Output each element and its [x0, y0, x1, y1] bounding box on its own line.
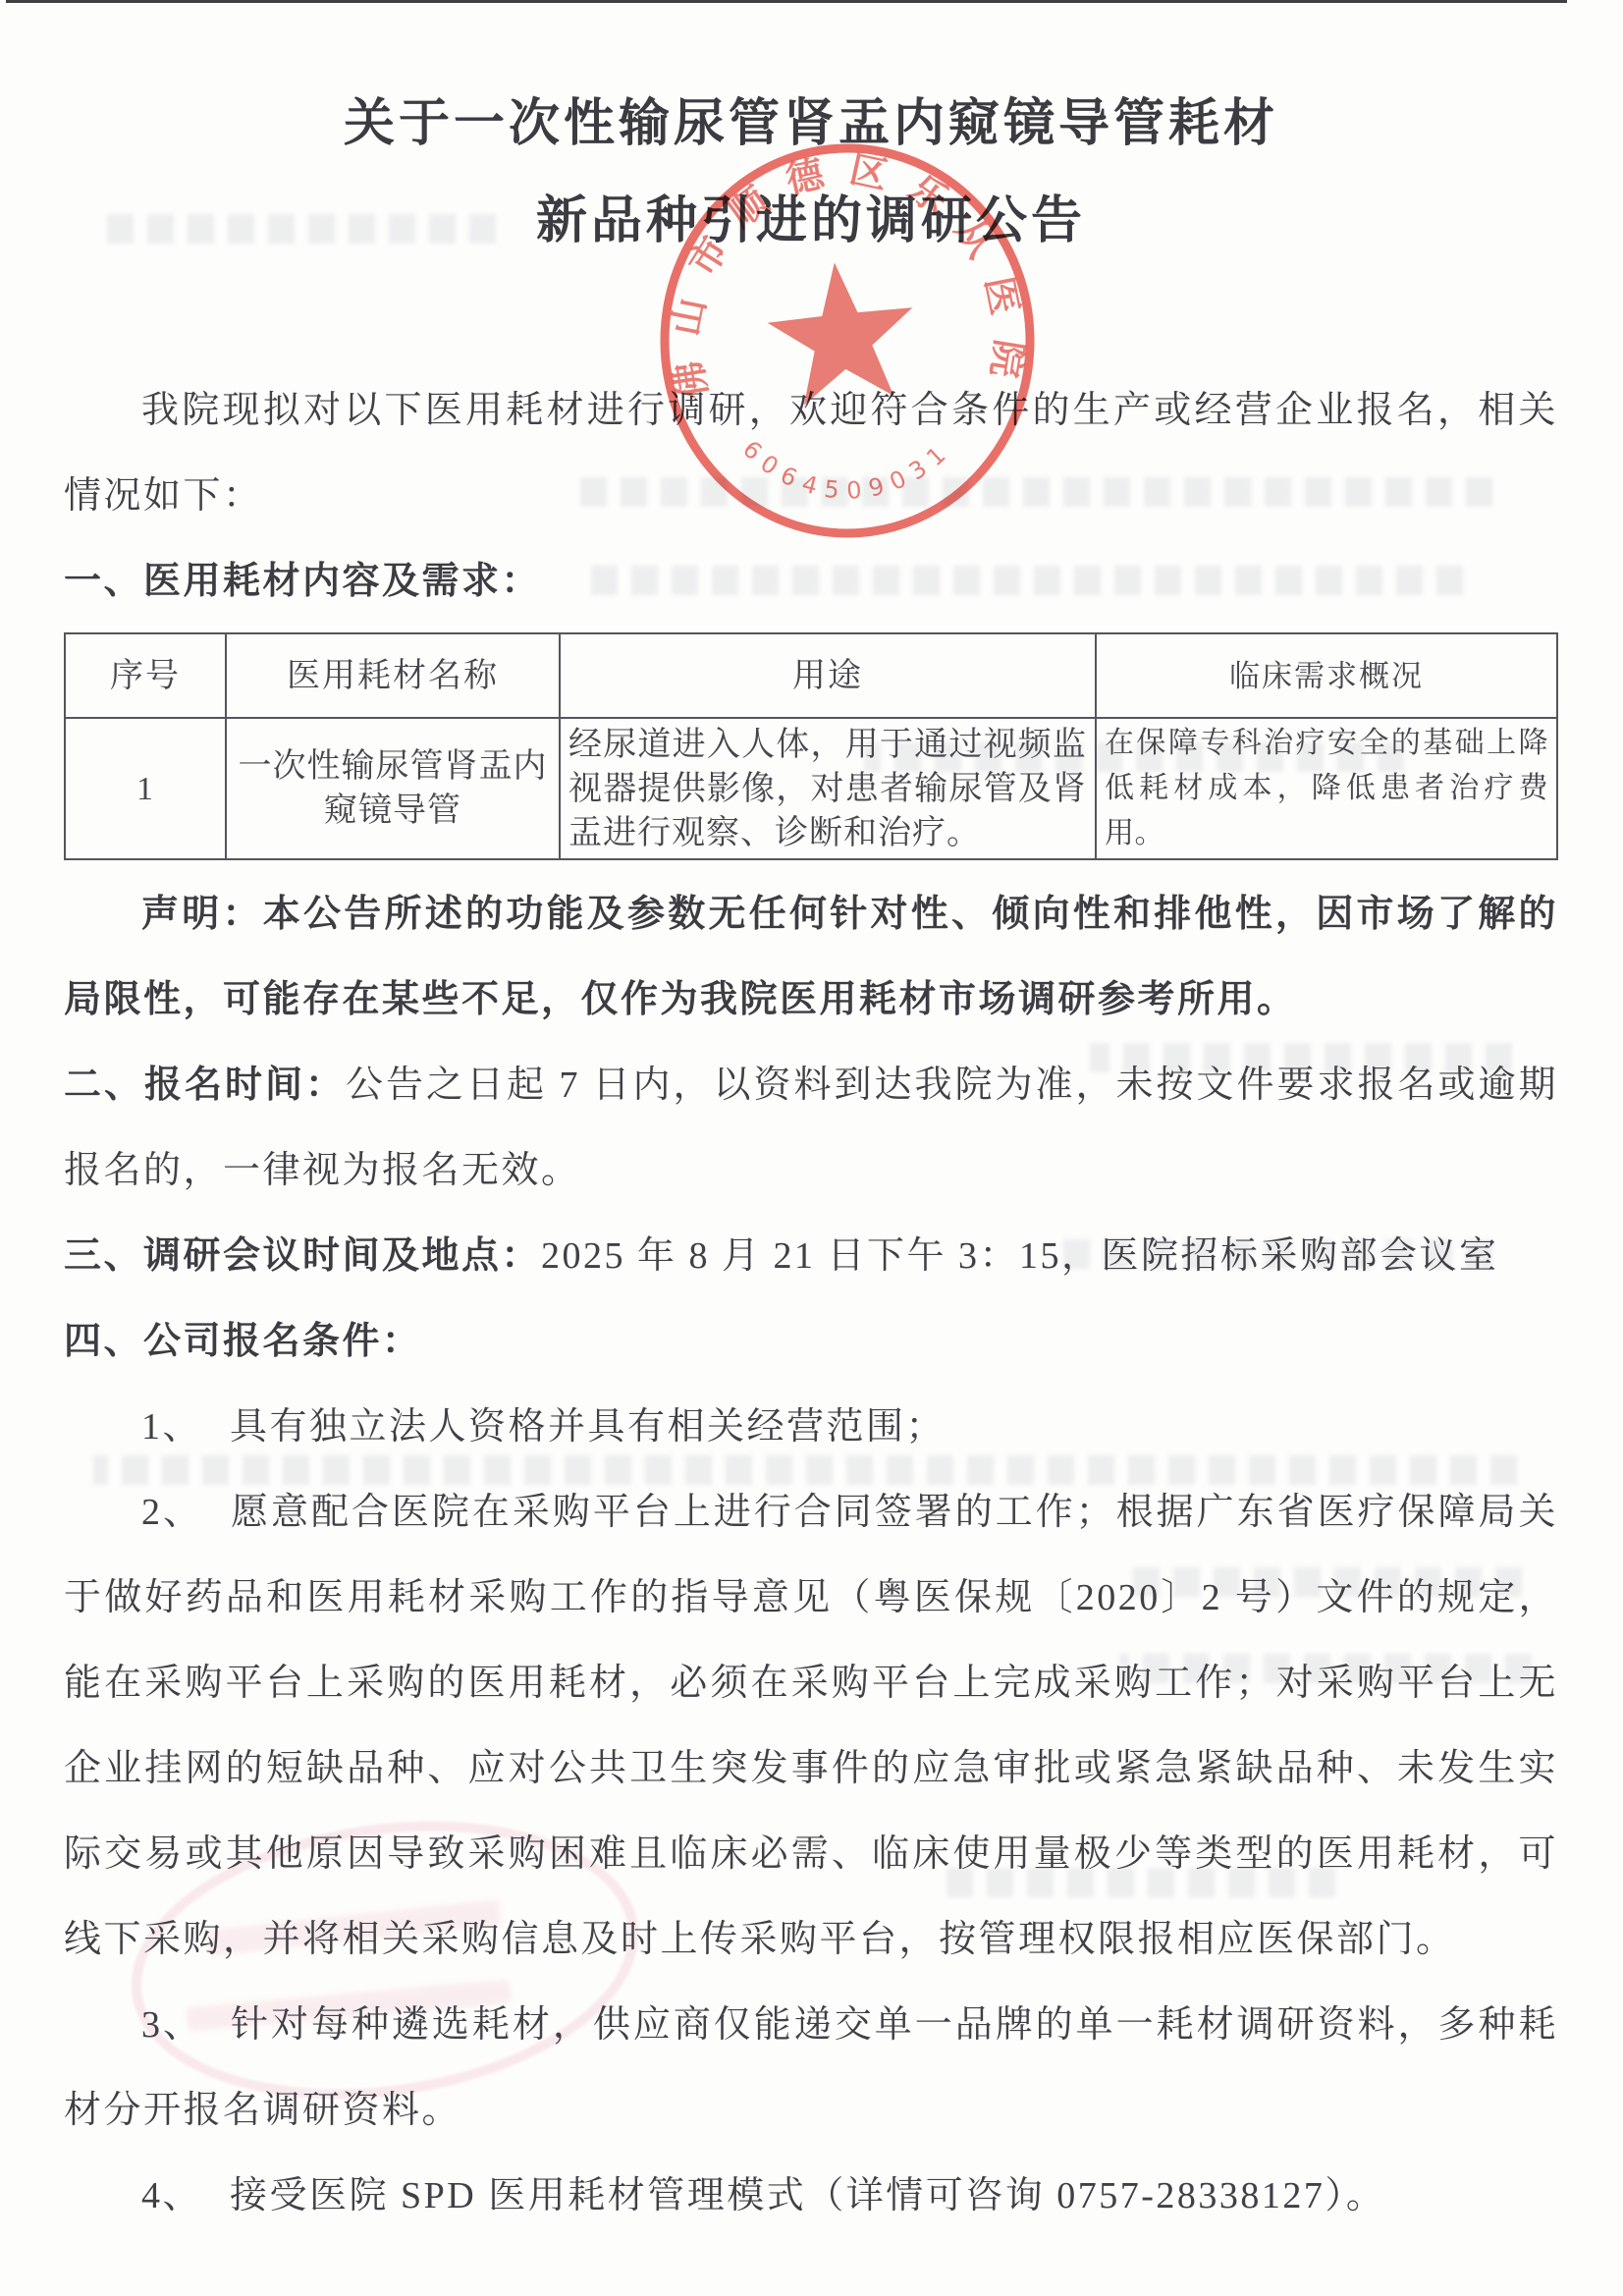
- table-header-row: 序号 医用耗材名称 用途 临床需求概况: [65, 633, 1557, 718]
- condition-item-1: 1、具有独立法人资格并具有相关经营范围；: [64, 1385, 1558, 1470]
- section-3-text: 2025 年 8 月 21 日下午 3：15，医院招标采购部会议室: [541, 1235, 1499, 1277]
- section-1-heading: 一、医用耗材内容及需求：: [64, 539, 1558, 625]
- condition-item-4-text: 接受医院 SPD 医用耗材管理模式（详情可咨询 0757-28338127）。: [230, 2175, 1385, 2216]
- document-title-line1: 关于一次性输尿管肾盂内窥镜导管耗材: [64, 98, 1558, 152]
- document-body: 关于一次性输尿管肾盂内窥镜导管耗材 新品种引进的调研公告 我院现拟对以下医用耗材…: [0, 0, 1623, 2239]
- condition-item-3-number: 3、: [141, 2004, 203, 2046]
- condition-item-2-text: 愿意配合医院在采购平台上进行合同签署的工作；根据广东省医疗保障局关于做好药品和医…: [64, 1492, 1558, 1960]
- consumables-table: 序号 医用耗材名称 用途 临床需求概况 1 一次性输尿管肾盂内窥镜导管 经尿道进…: [64, 632, 1558, 860]
- section-3-paragraph: 三、调研会议时间及地点：2025 年 8 月 21 日下午 3：15，医院招标采…: [64, 1214, 1558, 1299]
- condition-item-3-text: 针对每种遴选耗材，供应商仅能递交单一品牌的单一耗材调研资料，多种耗材分开报名调研…: [64, 2004, 1558, 2131]
- table-cell-index: 1: [65, 718, 226, 859]
- table-header-index: 序号: [65, 633, 226, 718]
- table-header-clinical-need: 临床需求概况: [1096, 633, 1557, 718]
- condition-item-3: 3、针对每种遴选耗材，供应商仅能递交单一品牌的单一耗材调研资料，多种耗材分开报名…: [64, 1983, 1558, 2154]
- statement-paragraph: 声明：本公告所述的功能及参数无任何针对性、倾向性和排他性，因市场了解的局限性，可…: [64, 872, 1558, 1043]
- section-3-label: 三、调研会议时间及地点：: [64, 1235, 541, 1277]
- condition-item-2-number: 2、: [141, 1492, 203, 1533]
- condition-item-4: 4、接受医院 SPD 医用耗材管理模式（详情可咨询 0757-28338127）…: [64, 2154, 1558, 2239]
- condition-item-2: 2、愿意配合医院在采购平台上进行合同签署的工作；根据广东省医疗保障局关于做好药品…: [64, 1470, 1558, 1983]
- section-2-label: 二、报名时间：: [64, 1065, 346, 1106]
- condition-item-1-text: 具有独立法人资格并具有相关经营范围；: [230, 1406, 946, 1448]
- table-cell-clinical-need: 在保障专科治疗安全的基础上降低耗材成本，降低患者治疗费用。: [1096, 718, 1557, 859]
- intro-paragraph: 我院现拟对以下医用耗材进行调研，欢迎符合条件的生产或经营企业报名，相关情况如下：: [64, 368, 1558, 539]
- table-row: 1 一次性输尿管肾盂内窥镜导管 经尿道进入人体，用于通过视频监视器提供影像，对患…: [65, 718, 1557, 859]
- section-4-heading: 四、公司报名条件：: [64, 1299, 1558, 1385]
- condition-item-1-number: 1、: [141, 1406, 202, 1448]
- table-header-name: 医用耗材名称: [226, 633, 560, 718]
- section-2-paragraph: 二、报名时间：公告之日起 7 日内，以资料到达我院为准，未按文件要求报名或逾期报…: [64, 1043, 1558, 1214]
- table-header-usage: 用途: [560, 633, 1096, 718]
- condition-item-4-number: 4、: [141, 2175, 202, 2216]
- document-title-line2: 新品种引进的调研公告: [64, 195, 1558, 249]
- scanned-document-page: 佛山市顺德区乐从医院 6064509031 关于一次性输尿管肾盂内窥镜导管耗材 …: [0, 0, 1623, 2296]
- table-cell-name: 一次性输尿管肾盂内窥镜导管: [226, 718, 560, 859]
- table-cell-usage: 经尿道进入人体，用于通过视频监视器提供影像，对患者输尿管及肾盂进行观察、诊断和治…: [560, 718, 1096, 859]
